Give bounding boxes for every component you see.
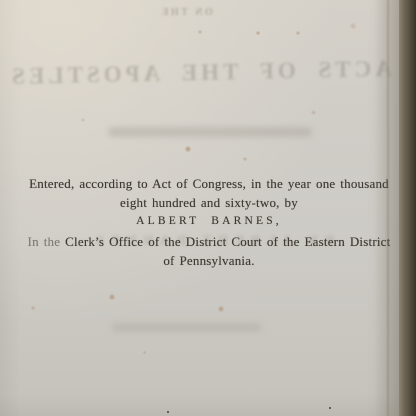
page-bottom-shadow <box>0 394 416 416</box>
page-fore-edge <box>399 0 416 416</box>
foxing-spot <box>31 306 35 310</box>
book-page-photo: ON THE ACTS OF THE APOSTLES BY ALBERT BA… <box>0 0 416 416</box>
foxing-spot <box>243 157 247 161</box>
faded-words: In the <box>28 234 61 249</box>
foxing-spot <box>350 23 356 29</box>
copyright-line-1: Entered, according to Act of Congress, i… <box>19 174 399 193</box>
show-through-smudge <box>108 127 312 137</box>
foxing-spot <box>109 294 115 300</box>
author-name-line: ALBERT BARNES, <box>19 212 399 231</box>
copyright-notice: Entered, according to Act of Congress, i… <box>19 174 399 270</box>
copyright-line-4: In the Clerk’s Office of the District Co… <box>19 232 399 251</box>
page-curvature-shadow <box>374 0 400 416</box>
foxing-spot <box>198 30 202 34</box>
clerk-office-text: Clerk’s Office of the District Court of … <box>65 234 390 249</box>
show-through-header-text: ON THE <box>0 7 372 18</box>
foxing-spot <box>185 146 191 152</box>
foxing-spot <box>143 351 146 354</box>
show-through-title-text: ACTS OF THE APOSTLES <box>0 56 412 91</box>
foxing-spot <box>81 118 85 122</box>
foxing-spot <box>256 31 260 35</box>
show-through-smudge <box>112 323 262 332</box>
foxing-spot <box>311 110 316 115</box>
foxing-spot <box>218 306 224 312</box>
copyright-line-5: of Pennsylvania. <box>19 251 399 270</box>
copyright-line-2: eight hundred and sixty-two, by <box>19 193 399 212</box>
foxing-spot <box>296 31 300 35</box>
